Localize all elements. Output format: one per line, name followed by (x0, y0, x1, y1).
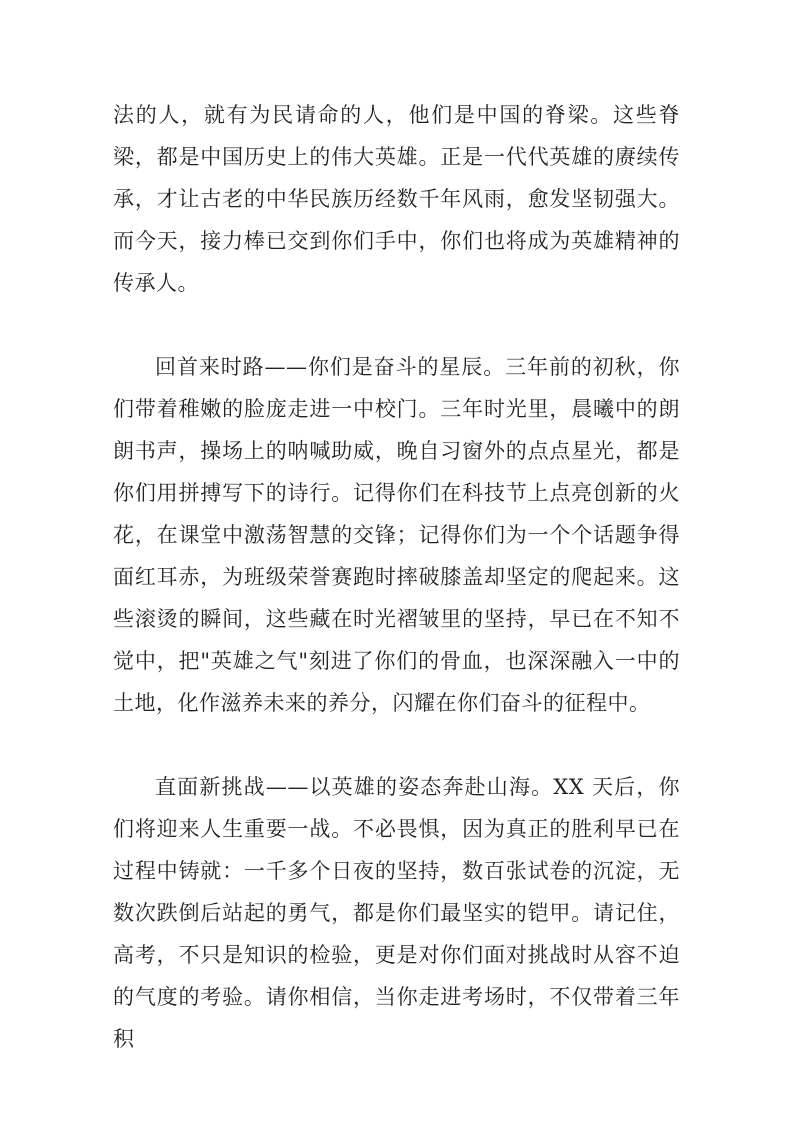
paragraph-facing-challenge: 直面新挑战——以英雄的姿态奔赴山海。XX 天后，你们将迎来人生重要一战。不必畏惧… (113, 766, 680, 1060)
document-page: 法的人，就有为民请命的人，他们是中国的脊梁。这些脊梁，都是中国历史上的伟大英雄。… (0, 0, 793, 1122)
paragraph-heroes-legacy: 法的人，就有为民请命的人，他们是中国的脊梁。这些脊梁，都是中国历史上的伟大英雄。… (113, 94, 680, 304)
paragraph-looking-back: 回首来时路——你们是奋斗的星辰。三年前的初秋，你们带着稚嫩的脸庞走进一中校门。三… (113, 346, 680, 724)
